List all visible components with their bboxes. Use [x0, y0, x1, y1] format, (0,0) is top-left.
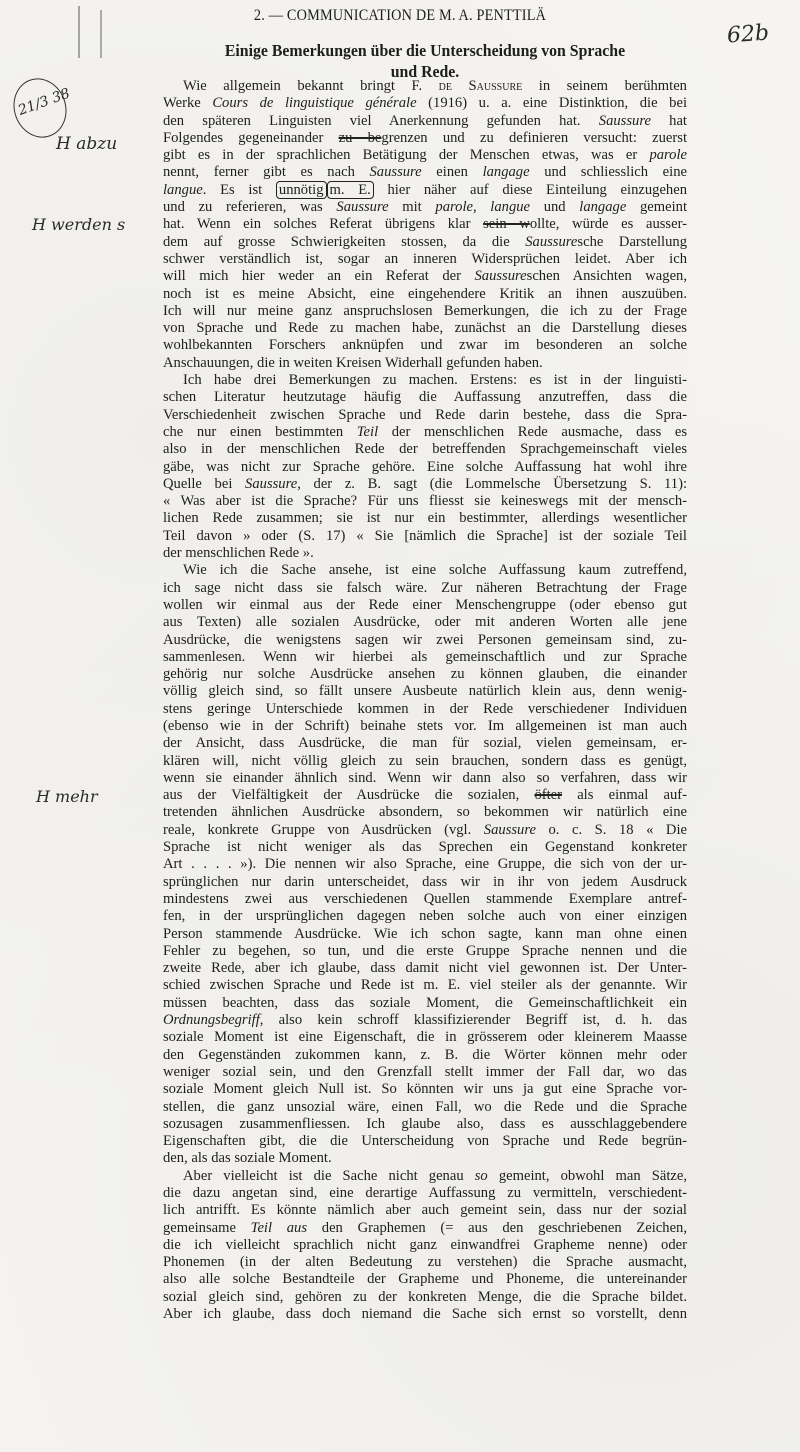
- handwritten-strikethrough: zu be: [339, 130, 382, 146]
- text-line: der Ansicht, dass Ausdrücke, die man für…: [163, 735, 687, 752]
- text-line: die dazu angetan sind, eine derartige Au…: [163, 1185, 687, 1202]
- text-line: von Sprache und Rede zu machen habe, zun…: [163, 320, 687, 337]
- article-title: Einige Bemerkungen über die Unterscheidu…: [179, 40, 672, 82]
- text-line: wollen wir einmal aus der Rede einer Men…: [163, 597, 687, 614]
- text-line: klären will, nicht völlig gleich zu sein…: [163, 753, 687, 770]
- annotation-margin-mehr: H mehr: [36, 787, 98, 806]
- text-line: will mich hier weder an ein Referat der …: [163, 268, 687, 285]
- text-line: die ich vielleicht sprachlich nicht ganz…: [163, 1237, 687, 1254]
- text-line: che nur einen bestimmten Teil der mensch…: [163, 424, 687, 441]
- text-line: sozusagen zusammenfliessen. Ich glaube a…: [163, 1116, 687, 1133]
- text-line: völlig gleich sind, so fällt unsere Ausb…: [163, 683, 687, 700]
- text-line: den, als das soziale Moment.: [163, 1150, 687, 1167]
- text-line: tretenden ähnlichen Ausdrücke absondern,…: [163, 804, 687, 821]
- text-line: Ordnungsbegriff, also kein schroff klass…: [163, 1012, 687, 1029]
- text-line: gäbe, was nicht zur Sprache gehöre. Eine…: [163, 459, 687, 476]
- scanned-page: 2. — COMMUNICATION DE M. A. PENTTILÄ Ein…: [0, 0, 800, 1452]
- text-line: also in der menschlichen Rede der betref…: [163, 441, 687, 458]
- text-line: gibt es in der sprachlichen Betätigung d…: [163, 147, 687, 164]
- text-line: der menschlichen Rede ».: [163, 545, 687, 562]
- text-line: Ich will nur meine ganz anspruchslosen B…: [163, 303, 687, 320]
- text-line: Verschiedenheit zwischen Sprache und Red…: [163, 407, 687, 424]
- text-line: gemeinsame Teil aus den Graphemen (= aus…: [163, 1220, 687, 1237]
- handwritten-strikethrough: sein w: [483, 216, 530, 232]
- text-line: zweite Rede, aber ich glaube, dass damit…: [163, 960, 687, 977]
- article-body: Wie allgemein bekannt bringt F. de Sauss…: [163, 78, 687, 1323]
- text-line: den Gegenständen zukommen kann, z. B. di…: [163, 1047, 687, 1064]
- annotation-date-text: 21/3 38: [16, 86, 72, 119]
- text-line: Aber vielleicht ist die Sache nicht gena…: [163, 1168, 687, 1185]
- annotation-margin-abzu: H abzu: [56, 134, 117, 154]
- text-line: Ich habe drei Bemerkungen zu machen. Ers…: [163, 372, 687, 389]
- text-line: stens geringe Unterschiede kommen in der…: [163, 701, 687, 718]
- text-line: lichen Rede zusammen; sie ist nur ein be…: [163, 510, 687, 527]
- text-line: Art . . . . »). Die nennen wir also Spra…: [163, 856, 687, 873]
- text-line: sprünglichen nur darin unterscheidet, da…: [163, 874, 687, 891]
- text-line: Person stammende Ausdrücke. Wie ich scho…: [163, 926, 687, 943]
- handwritten-box-mark: unnötig: [276, 181, 327, 199]
- text-line: mindestens zwei aus verschiedenen Quelle…: [163, 891, 687, 908]
- text-line: weniger sozial sein, und den Grenzfall s…: [163, 1064, 687, 1081]
- text-line: stellen, die ganz unsozial wäre, einen F…: [163, 1099, 687, 1116]
- text-line: Ausdrücke, die wenigstens sagen wir zwei…: [163, 632, 687, 649]
- handwritten-strikethrough: öfter: [534, 787, 562, 803]
- text-line: Anschauungen, die in weiten Kreisen Wide…: [163, 355, 687, 372]
- text-line: Teil davon » oder (S. 17) « Sie [nämlich…: [163, 528, 687, 545]
- text-line: Wie allgemein bekannt bringt F. de Sauss…: [163, 78, 687, 95]
- text-line: Fehler zu begehen, so tun, und die erste…: [163, 943, 687, 960]
- text-line: aus der Vielfältigkeit der Ausdrücke die…: [163, 787, 687, 804]
- text-line: « Was aber ist die Sprache? Für uns flie…: [163, 493, 687, 510]
- text-line: Werke Cours de linguistique générale (19…: [163, 95, 687, 112]
- text-line: den späteren Linguisten viel Anerkennung…: [163, 113, 687, 130]
- text-line: dem auf grosse Schwierigkeiten stossen, …: [163, 234, 687, 251]
- text-line: Sprache ist nicht weniger als das Sprech…: [163, 839, 687, 856]
- text-line: soziale Moment ist eine Eigenschaft, die…: [163, 1029, 687, 1046]
- text-line: fen, in der ursprünglichen dagegen neben…: [163, 908, 687, 925]
- text-line: sammenlesen. Wenn wir hierbei als gemein…: [163, 649, 687, 666]
- text-line: ich sage nicht dass sie falsch wäre. Zur…: [163, 580, 687, 597]
- text-line: Aber ich glaube, dass doch niemand die S…: [163, 1306, 687, 1323]
- text-line: Folgendes gegeneinander zu begrenzen und…: [163, 130, 687, 147]
- text-line: reale, konkrete Gruppe von Ausdrücken (v…: [163, 822, 687, 839]
- text-line: schwer verständlich ist, sogar an innere…: [163, 251, 687, 268]
- text-line: hat. Wenn ein solches Referat übrigens k…: [163, 216, 687, 233]
- annotation-margin-werden: H werden s: [32, 215, 125, 234]
- handwritten-box-mark: m. E.: [327, 181, 374, 199]
- text-line: Quelle bei Saussure, der z. B. sagt (die…: [163, 476, 687, 493]
- text-line: langue. Es ist unnötigm. E. hier näher a…: [163, 182, 687, 199]
- text-line: (ebenso wie in der Schrift) beinahe stet…: [163, 718, 687, 735]
- text-line: schen Literatur heutzutage häufig die Au…: [163, 389, 687, 406]
- text-line: schied zwischen Sprache und Rede ist m. …: [163, 977, 687, 994]
- text-line: soziale Moment gleich Null ist. So könnt…: [163, 1081, 687, 1098]
- annotation-page-number: 62b: [726, 21, 770, 49]
- text-line: nennt, ferner gibt es nach Saussure eine…: [163, 164, 687, 181]
- title-line-1: Einige Bemerkungen über die Unterscheidu…: [179, 40, 672, 61]
- text-line: wenn sie einander ähnlich sind. Wenn wir…: [163, 770, 687, 787]
- text-line: lich antrifft. Es könnte nämlich aber au…: [163, 1202, 687, 1219]
- text-line: noch ist es meine Absicht, eine eingehen…: [163, 286, 687, 303]
- text-line: Wie ich die Sache ansehe, ist eine solch…: [163, 562, 687, 579]
- page-header: 2. — COMMUNICATION DE M. A. PENTTILÄ: [32, 7, 768, 25]
- text-line: sozial gleich sind, gehören zu der konkr…: [163, 1289, 687, 1306]
- text-line: aus Texten) alle sozialen Ausdrücke, ode…: [163, 614, 687, 631]
- text-line: müssen beachten, dass das soziale Moment…: [163, 995, 687, 1012]
- text-line: Eigenschaften gibt, die die Unterscheidu…: [163, 1133, 687, 1150]
- text-line: wohlbekannten Forschers anknüpfen und zw…: [163, 337, 687, 354]
- text-line: also alle solche Bestandteile der Graphe…: [163, 1271, 687, 1288]
- text-line: und zu referieren, was Saussure mit paro…: [163, 199, 687, 216]
- text-line: gehörig nur solche Ausdrücke ansehen zu …: [163, 666, 687, 683]
- text-line: Phonemen (in der alten Bedeutung zu vers…: [163, 1254, 687, 1271]
